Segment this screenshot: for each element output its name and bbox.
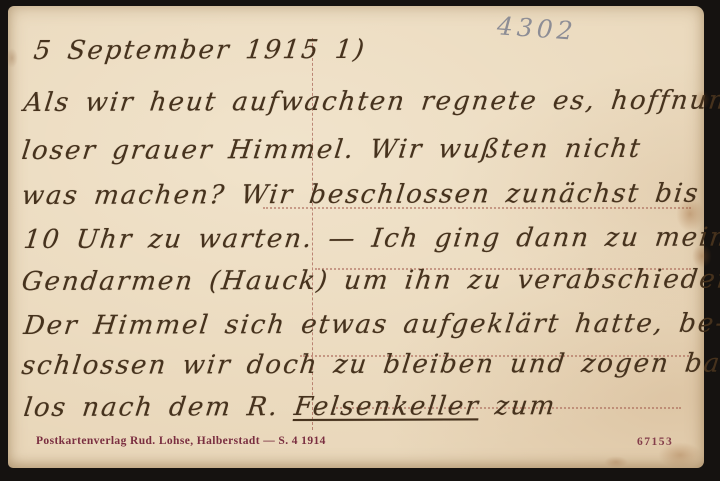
handwritten-line: los nach dem R. Felsenkeller zum: [22, 391, 558, 423]
handwritten-line: schlossen wir doch zu bleiben und zogen …: [20, 348, 720, 381]
handwritten-line-date: 5 September 1915 1): [32, 35, 368, 66]
handwritten-underlined-word: Felsenkeller: [293, 391, 482, 422]
handwritten-line: Gendarmen (Hauck) um ihn zu verabschiede…: [20, 264, 720, 297]
scan-background: { "postcard": { "pencil_number": "4302",…: [0, 0, 720, 481]
handwritten-line: Der Himmel sich etwas aufgeklärt hatte, …: [22, 309, 720, 341]
foxing-spot: [6, 48, 18, 68]
handwritten-line: was machen? Wir beschlossen zunächst bis: [20, 179, 701, 211]
foxing-spot: [604, 456, 628, 468]
handwritten-text: los nach dem R.: [22, 392, 296, 423]
handwritten-text: zum: [478, 391, 558, 421]
handwritten-line: loser grauer Himmel. Wir wußten nicht: [20, 134, 643, 166]
pencil-catalog-number: 4302: [496, 11, 577, 45]
postcard-back: 4302 5 September 1915 1) Als wir heut au…: [8, 6, 704, 468]
serial-number: 67153: [637, 436, 673, 448]
handwritten-line: Als wir heut aufwachten regnete es, hoff…: [22, 85, 720, 118]
publisher-imprint: Postkartenverlag Rud. Lohse, Halberstadt…: [36, 435, 326, 447]
handwritten-line: 10 Uhr zu warten. — Ich ging dann zu mei…: [22, 222, 720, 255]
